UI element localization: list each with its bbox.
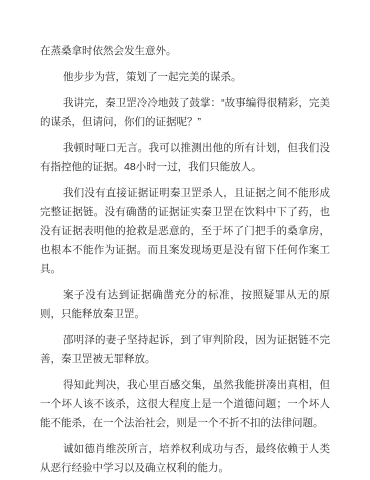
paragraph: 在蒸桑拿时依然会发生意外。 xyxy=(40,42,330,61)
paragraph: 我顿时哑口无言。我可以推测出他的所有计划，但我们没有指控他的证据。48小时一过，… xyxy=(40,139,330,177)
paragraph: 我讲完，秦卫罡冷冷地鼓了鼓掌：“故事编得很精彩，完美的谋杀，但请问，你们的证据呢… xyxy=(40,94,330,132)
paragraph: 诚如德肖维茨所言，培养权利成功与否，最终依赖于人类从恶行经验中学习以及确立权利的… xyxy=(40,440,330,478)
paragraph: 案子没有达到证据确凿充分的标准，按照疑罪从无的原则，只能释放秦卫罡。 xyxy=(40,286,330,324)
paragraph: 我们没有直接证据证明秦卫罡杀人，且证据之间不能形成完整证据链。没有确凿的证据证实… xyxy=(40,184,330,279)
reader-page[interactable]: 在蒸桑拿时依然会发生意外。 他步步为营，策划了一起完美的谋杀。 我讲完，秦卫罡冷… xyxy=(0,0,370,480)
paragraph: 他步步为营，策划了一起完美的谋杀。 xyxy=(40,68,330,87)
paragraph: 邵明泽的妻子坚持起诉，到了审判阶段，因为证据链不完善，秦卫罡被无罪释放。 xyxy=(40,331,330,369)
paragraph: 得知此判决，我心里百感交集，虽然我能拼凑出真相，但一个坏人该不该杀，这很大程度上… xyxy=(40,376,330,433)
